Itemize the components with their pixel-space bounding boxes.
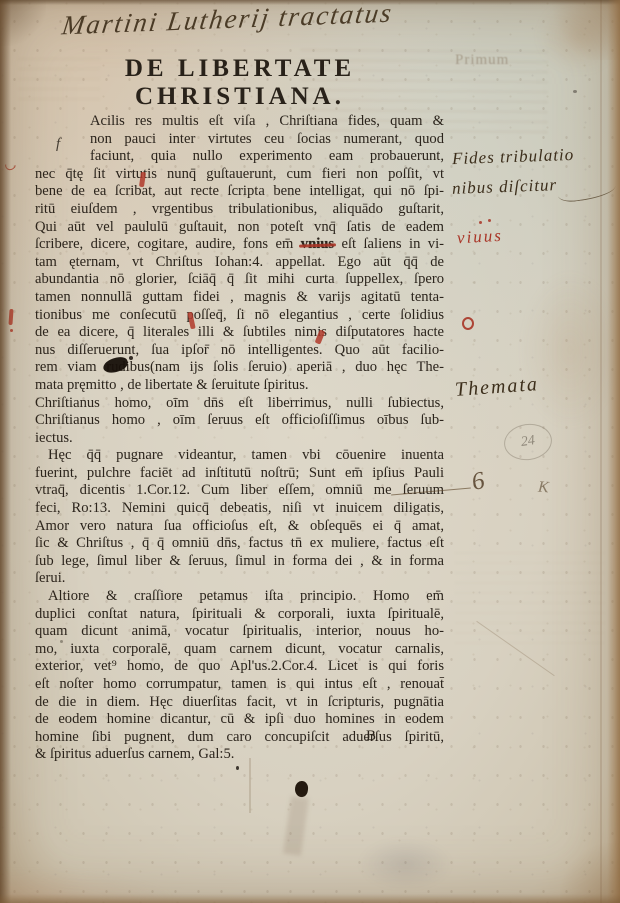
text-line: rem viam rudibus(nam ijs ſolis ſeruio) a… bbox=[35, 359, 444, 377]
stamp-number: 24 bbox=[520, 433, 536, 451]
text-line: feci, Ro:13. Nemini quicq̄ debeatis, niſ… bbox=[35, 500, 444, 518]
text-line: & ſpiritus aduerſus carnem, Gal:5. bbox=[35, 746, 444, 764]
text-line: tam ęternam, vt Chriſtus Iohan:4. appell… bbox=[35, 254, 444, 272]
text-line: Amor vero natura ſua officioſus eſt, & o… bbox=[35, 518, 444, 536]
text-line: ſerui. bbox=[35, 570, 444, 588]
text-line: Chriſtianus homo , oīm ſeruus eſt offici… bbox=[35, 412, 444, 430]
signature-mark: B bbox=[366, 728, 376, 745]
pencil-stamp-circle: 24 bbox=[502, 421, 555, 463]
text-line: eſt noſter homo corrumpatur, tamen is qu… bbox=[35, 676, 444, 694]
margin-note-viuus: viuus bbox=[457, 226, 504, 248]
ink-streak bbox=[283, 796, 309, 856]
text-line: nus diſſeruerunt, ſua ipſor̄ nō intellig… bbox=[35, 342, 444, 360]
ink-blot bbox=[294, 780, 309, 798]
margin-note-fides-line1: Fides tribulatio bbox=[452, 145, 575, 169]
page-edge-bottom bbox=[0, 894, 620, 903]
red-circle-mark bbox=[462, 317, 474, 330]
text-line: ritū eiuſdem , vrgentibus tribulationibu… bbox=[35, 201, 444, 219]
text-line: abundantia nō glorier, ſciāq̄ q̄ ſit mih… bbox=[35, 271, 444, 289]
text-line: fuerint, pulchre faciēt ad inſtitutū noſ… bbox=[35, 465, 444, 483]
text-line: Qui aūt vel paululū guſtauit, non poteſt… bbox=[35, 219, 444, 237]
text-line: ſcribere, dicere, cogitare, audire, fons… bbox=[35, 236, 444, 254]
text-line: de ea dicere, q̄ literales illi & ſubtil… bbox=[35, 324, 444, 342]
text-line: quam dicunt animā, vocatur ſpiritualis, … bbox=[35, 623, 444, 641]
text-line: bene de ea ſcribat, aut recte ſcripta be… bbox=[35, 183, 444, 201]
page-edge-top bbox=[0, 0, 620, 5]
text-line: nec q̄tę ſit virtutis nunq̄ guſtauerunt,… bbox=[35, 166, 444, 184]
text-line: ſic & Chriſtus , q̄ q̄ omniū dn̄s, factu… bbox=[35, 535, 444, 553]
crease-line bbox=[600, 0, 602, 903]
text-line: duplici conſtat natura, ſpirituali & cor… bbox=[35, 606, 444, 624]
ink-speck bbox=[60, 640, 63, 643]
text-line: Acilis res multis eſt viſa , Chriſtiana … bbox=[90, 113, 444, 131]
ink-speck bbox=[129, 356, 133, 360]
text-line: ſub lege, ſimul liber & ſeruus, ſimul in… bbox=[35, 553, 444, 571]
margin-note-themata: Themata bbox=[454, 373, 539, 402]
page-title-line1: DE LIBERTATE bbox=[35, 55, 445, 83]
body-text-block: Acilis res multis eſt viſa , Chriſtiana … bbox=[35, 113, 444, 764]
red-ink-dots bbox=[479, 221, 482, 224]
book-page: Primum Martini Lutherij tractatus DE LIB… bbox=[0, 0, 620, 903]
text-line: faciunt, quia nullo experimento eam prob… bbox=[90, 148, 444, 166]
text-line: vtraq̄, dicentis 1.Cor.12. Cum liber eſſ… bbox=[35, 482, 444, 500]
paper-stain bbox=[520, 270, 620, 430]
handwritten-inscription: Martini Lutherij tractatus bbox=[60, 0, 395, 41]
margin-mark-k: K bbox=[537, 479, 549, 498]
showthrough-text-block bbox=[455, 552, 605, 644]
margin-note-fides-line2: nibus diſcitur bbox=[452, 175, 558, 199]
text-line: non pauci inter virtutes ceu ſocias nume… bbox=[90, 131, 444, 149]
text-line: mo, iuxta corporalē, quam carnem dicunt,… bbox=[35, 641, 444, 659]
text-line: iectus. bbox=[35, 430, 444, 448]
text-line: Chriſtianus homo, oīm dn̄s eſt liberrimu… bbox=[35, 395, 444, 413]
text-line: mata pręmitto , de libertate & ſeruitute… bbox=[35, 377, 444, 395]
ink-speck bbox=[236, 766, 239, 770]
page-edge-right bbox=[607, 0, 620, 903]
text-line: tamen nonnullā guttam fidei , magnis & v… bbox=[35, 289, 444, 307]
struck-word: vnius bbox=[301, 236, 334, 252]
text-line: de die in diem. Hęc diuerſitas facit, vt… bbox=[35, 694, 444, 712]
margin-mark-six: 6 bbox=[469, 467, 487, 497]
text-line: tionibus me conſecutū poſſeq̄, ſi nō ele… bbox=[35, 307, 444, 325]
showthrough-word: Primum bbox=[455, 52, 509, 69]
page-title-line2: CHRISTIANA. bbox=[35, 83, 445, 111]
text-line: exterior, vet⁹ homo, de quo Apl'us.2.Cor… bbox=[35, 658, 444, 676]
crease-line bbox=[476, 621, 554, 676]
text-line: Hęc q̄q̄ pugnare videantur, tamen vbi cō… bbox=[35, 447, 444, 465]
crease-line bbox=[249, 758, 251, 813]
text-line: Altiore & craſſiore petamus iſta princip… bbox=[35, 588, 444, 606]
binding-edge bbox=[0, 0, 11, 903]
text-line: homine ſibi pugnent, dum caro concupiſci… bbox=[35, 729, 444, 747]
paper-smudge bbox=[358, 838, 453, 890]
ink-speck bbox=[573, 90, 577, 93]
text-line: de eodem homine dicantur, cū & ipſi duo … bbox=[35, 711, 444, 729]
